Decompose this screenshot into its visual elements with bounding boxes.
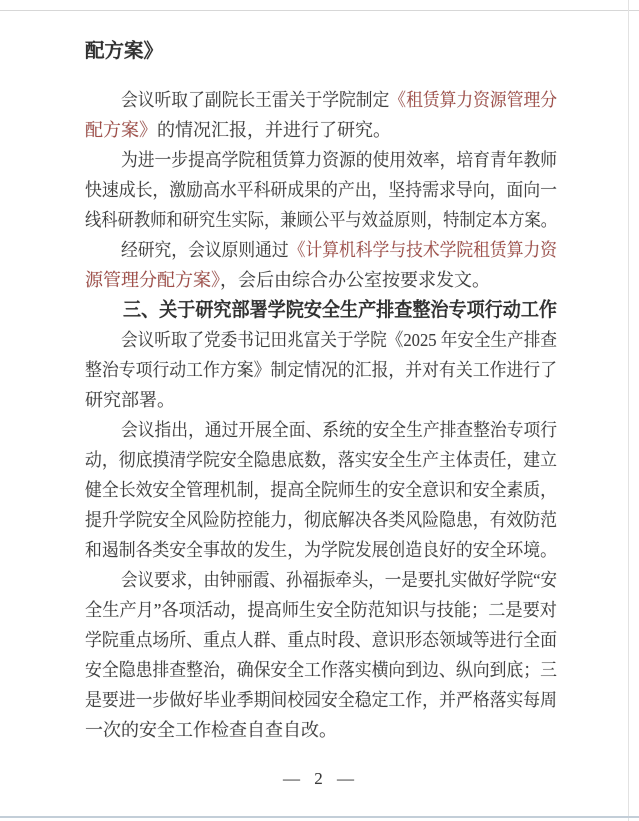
text-line-content: 快速成长，激励高水平科研成果的产出，坚持需求导向，面向一 <box>85 175 557 205</box>
text-segment: 会议要求，由钟丽霞、孙福振牵头，一是要扎实做好学院“安 <box>121 570 557 590</box>
page-number: — 2 — <box>85 769 557 789</box>
text-segment: 的情况汇报，并进行了研究。 <box>157 120 391 140</box>
text-line: 为进一步提高学院租赁算力资源的使用效率，培育青年教师 <box>85 145 557 175</box>
scan-edge-top <box>0 10 639 11</box>
text-line: 是要进一步做好毕业季期间校园安全稳定工作，并严格落实每周 <box>85 685 557 715</box>
text-line-content: 经研究，会议原则通过《计算机科学与技术学院租赁算力资 <box>121 235 557 265</box>
text-segment: 三、关于研究部署学院安全生产排查整治专项行动工作 <box>123 299 557 321</box>
text-segment: 经研究，会议原则通过 <box>121 240 289 260</box>
text-segment: 全生产月”各项活动，提高师生安全防范知识与技能；二是要对 <box>85 600 557 620</box>
text-segment: 线科研教师和研究生实际，兼顾公平与效益原则，特制定本方案。 <box>85 210 557 230</box>
text-line: 健全长效安全管理机制，提高全院师生的安全意识和安全素质， <box>85 475 557 505</box>
text-line-content: 健全长效安全管理机制，提高全院师生的安全意识和安全素质， <box>85 475 557 505</box>
text-line-content: 学院重点场所、重点人群、重点时段、意识形态领域等进行全面 <box>85 625 557 655</box>
text-line: 会议听取了党委书记田兆富关于学院《2025 年安全生产排查 <box>85 325 557 355</box>
text-line: 提升学院安全风险防控能力，彻底解决各类风险隐患，有效防范 <box>85 505 557 535</box>
document-title-text: 配方案》 <box>85 120 157 140</box>
text-segment: ，会后由综合办公室按要求发文。 <box>220 270 490 290</box>
text-segment: 会议听取了党委书记田兆富关于学院《2025 年安全生产排查 <box>121 330 557 350</box>
text-line-content: 会议指出，通过开展全面、系统的安全生产排查整治专项行 <box>121 415 557 445</box>
paragraph: 会议要求，由钟丽霞、孙福振牵头，一是要扎实做好学院“安全生产月”各项活动，提高师… <box>85 565 557 745</box>
text-line: 快速成长，激励高水平科研成果的产出，坚持需求导向，面向一 <box>85 175 557 205</box>
text-line: 配方案》 <box>85 36 557 66</box>
text-segment: 安全隐患排查整治，确保安全工作落实横向到边、纵向到底；三 <box>85 660 557 680</box>
text-line-content: 配方案》 <box>85 36 163 66</box>
text-line-content: 线科研教师和研究生实际，兼顾公平与效益原则，特制定本方案。 <box>85 205 557 235</box>
text-line: 线科研教师和研究生实际，兼顾公平与效益原则，特制定本方案。 <box>85 205 557 235</box>
text-line-content: 研究部署。 <box>85 385 175 415</box>
text-line: 会议要求，由钟丽霞、孙福振牵头，一是要扎实做好学院“安 <box>85 565 557 595</box>
text-line: 动，彻底摸清学院安全隐患底数，落实安全生产主体责任，建立 <box>85 445 557 475</box>
text-line: 三、关于研究部署学院安全生产排查整治专项行动工作 <box>85 295 557 325</box>
paragraph: 为进一步提高学院租赁算力资源的使用效率，培育青年教师快速成长，激励高水平科研成果… <box>85 145 557 235</box>
text-segment: 一次的安全工作检查自查自改。 <box>85 720 337 740</box>
text-line-content: 是要进一步做好毕业季期间校园安全稳定工作，并严格落实每周 <box>85 685 557 715</box>
text-line-content: 提升学院安全风险防控能力，彻底解决各类风险隐患，有效防范 <box>85 505 557 535</box>
scan-edge-right <box>628 0 629 821</box>
text-line-content: 整治专项行动工作方案》制定情况的汇报，并对有关工作进行了 <box>85 355 557 385</box>
text-segment: 为进一步提高学院租赁算力资源的使用效率，培育青年教师 <box>121 150 557 170</box>
paragraph: 经研究，会议原则通过《计算机科学与技术学院租赁算力资源管理分配方案》，会后由综合… <box>85 235 557 295</box>
text-line: 和遏制各类安全事故的发生，为学院发展创造良好的安全环境。 <box>85 535 557 565</box>
text-line-content: 源管理分配方案》，会后由综合办公室按要求发文。 <box>85 265 490 295</box>
text-line-content: 一次的安全工作检查自查自改。 <box>85 715 337 745</box>
text-segment: 动，彻底摸清学院安全隐患底数，落实安全生产主体责任，建立 <box>85 450 557 470</box>
paragraph: 会议听取了副院长王雷关于学院制定《租赁算力资源管理分配方案》的情况汇报，并进行了… <box>85 85 557 145</box>
document-title-text: 《计算机科学与技术学院租赁算力资 <box>289 240 557 260</box>
text-line: 安全隐患排查整治，确保安全工作落实横向到边、纵向到底；三 <box>85 655 557 685</box>
text-line-content: 会议要求，由钟丽霞、孙福振牵头，一是要扎实做好学院“安 <box>121 565 557 595</box>
text-line: 经研究，会议原则通过《计算机科学与技术学院租赁算力资 <box>85 235 557 265</box>
text-segment: 整治专项行动工作方案》制定情况的汇报，并对有关工作进行了 <box>85 360 557 380</box>
text-line-content: 会议听取了党委书记田兆富关于学院《2025 年安全生产排查 <box>121 325 557 355</box>
text-line: 全生产月”各项活动，提高师生安全防范知识与技能；二是要对 <box>85 595 557 625</box>
text-line: 研究部署。 <box>85 385 557 415</box>
text-line-content: 全生产月”各项活动，提高师生安全防范知识与技能；二是要对 <box>85 595 557 625</box>
section-heading: 配方案》 <box>85 36 557 66</box>
text-line-content: 和遏制各类安全事故的发生，为学院发展创造良好的安全环境。 <box>85 535 557 565</box>
text-line: 整治专项行动工作方案》制定情况的汇报，并对有关工作进行了 <box>85 355 557 385</box>
text-segment: 健全长效安全管理机制，提高全院师生的安全意识和安全素质， <box>85 480 557 500</box>
text-line: 会议指出，通过开展全面、系统的安全生产排查整治专项行 <box>85 415 557 445</box>
text-segment: 配方案》 <box>85 40 163 62</box>
text-line: 会议听取了副院长王雷关于学院制定《租赁算力资源管理分 <box>85 85 557 115</box>
text-line: 源管理分配方案》，会后由综合办公室按要求发文。 <box>85 265 557 295</box>
text-line: 配方案》的情况汇报，并进行了研究。 <box>85 115 557 145</box>
text-line-content: 会议听取了副院长王雷关于学院制定《租赁算力资源管理分 <box>121 85 557 115</box>
text-line-content: 配方案》的情况汇报，并进行了研究。 <box>85 115 391 145</box>
document-title-text: 《租赁算力资源管理分 <box>389 90 557 110</box>
text-segment: 和遏制各类安全事故的发生，为学院发展创造良好的安全环境。 <box>85 540 557 560</box>
text-segment: 是要进一步做好毕业季期间校园安全稳定工作，并严格落实每周 <box>85 690 557 710</box>
scan-edge-bottom <box>0 816 639 818</box>
text-segment: 会议指出，通过开展全面、系统的安全生产排查整治专项行 <box>121 420 557 440</box>
text-line: 一次的安全工作检查自查自改。 <box>85 715 557 745</box>
text-line: 学院重点场所、重点人群、重点时段、意识形态领域等进行全面 <box>85 625 557 655</box>
text-segment: 快速成长，激励高水平科研成果的产出，坚持需求导向，面向一 <box>85 180 557 200</box>
document-text: 配方案》会议听取了副院长王雷关于学院制定《租赁算力资源管理分配方案》的情况汇报，… <box>85 36 557 745</box>
section-heading: 三、关于研究部署学院安全生产排查整治专项行动工作 <box>85 295 557 325</box>
text-segment: 会议听取了副院长王雷关于学院制定 <box>121 90 389 110</box>
text-segment: 学院重点场所、重点人群、重点时段、意识形态领域等进行全面 <box>85 630 557 650</box>
text-line-content: 动，彻底摸清学院安全隐患底数，落实安全生产主体责任，建立 <box>85 445 557 475</box>
text-segment: 研究部署。 <box>85 390 175 410</box>
text-line-content: 为进一步提高学院租赁算力资源的使用效率，培育青年教师 <box>121 145 557 175</box>
text-line-content: 三、关于研究部署学院安全生产排查整治专项行动工作 <box>123 295 557 325</box>
text-line-content: 安全隐患排查整治，确保安全工作落实横向到边、纵向到底；三 <box>85 655 557 685</box>
paragraph: 会议听取了党委书记田兆富关于学院《2025 年安全生产排查整治专项行动工作方案》… <box>85 325 557 415</box>
document-page: 配方案》会议听取了副院长王雷关于学院制定《租赁算力资源管理分配方案》的情况汇报，… <box>0 0 639 821</box>
document-title-text: 源管理分配方案》 <box>85 270 220 290</box>
text-segment: 提升学院安全风险防控能力，彻底解决各类风险隐患，有效防范 <box>85 510 557 530</box>
paragraph: 会议指出，通过开展全面、系统的安全生产排查整治专项行动，彻底摸清学院安全隐患底数… <box>85 415 557 565</box>
